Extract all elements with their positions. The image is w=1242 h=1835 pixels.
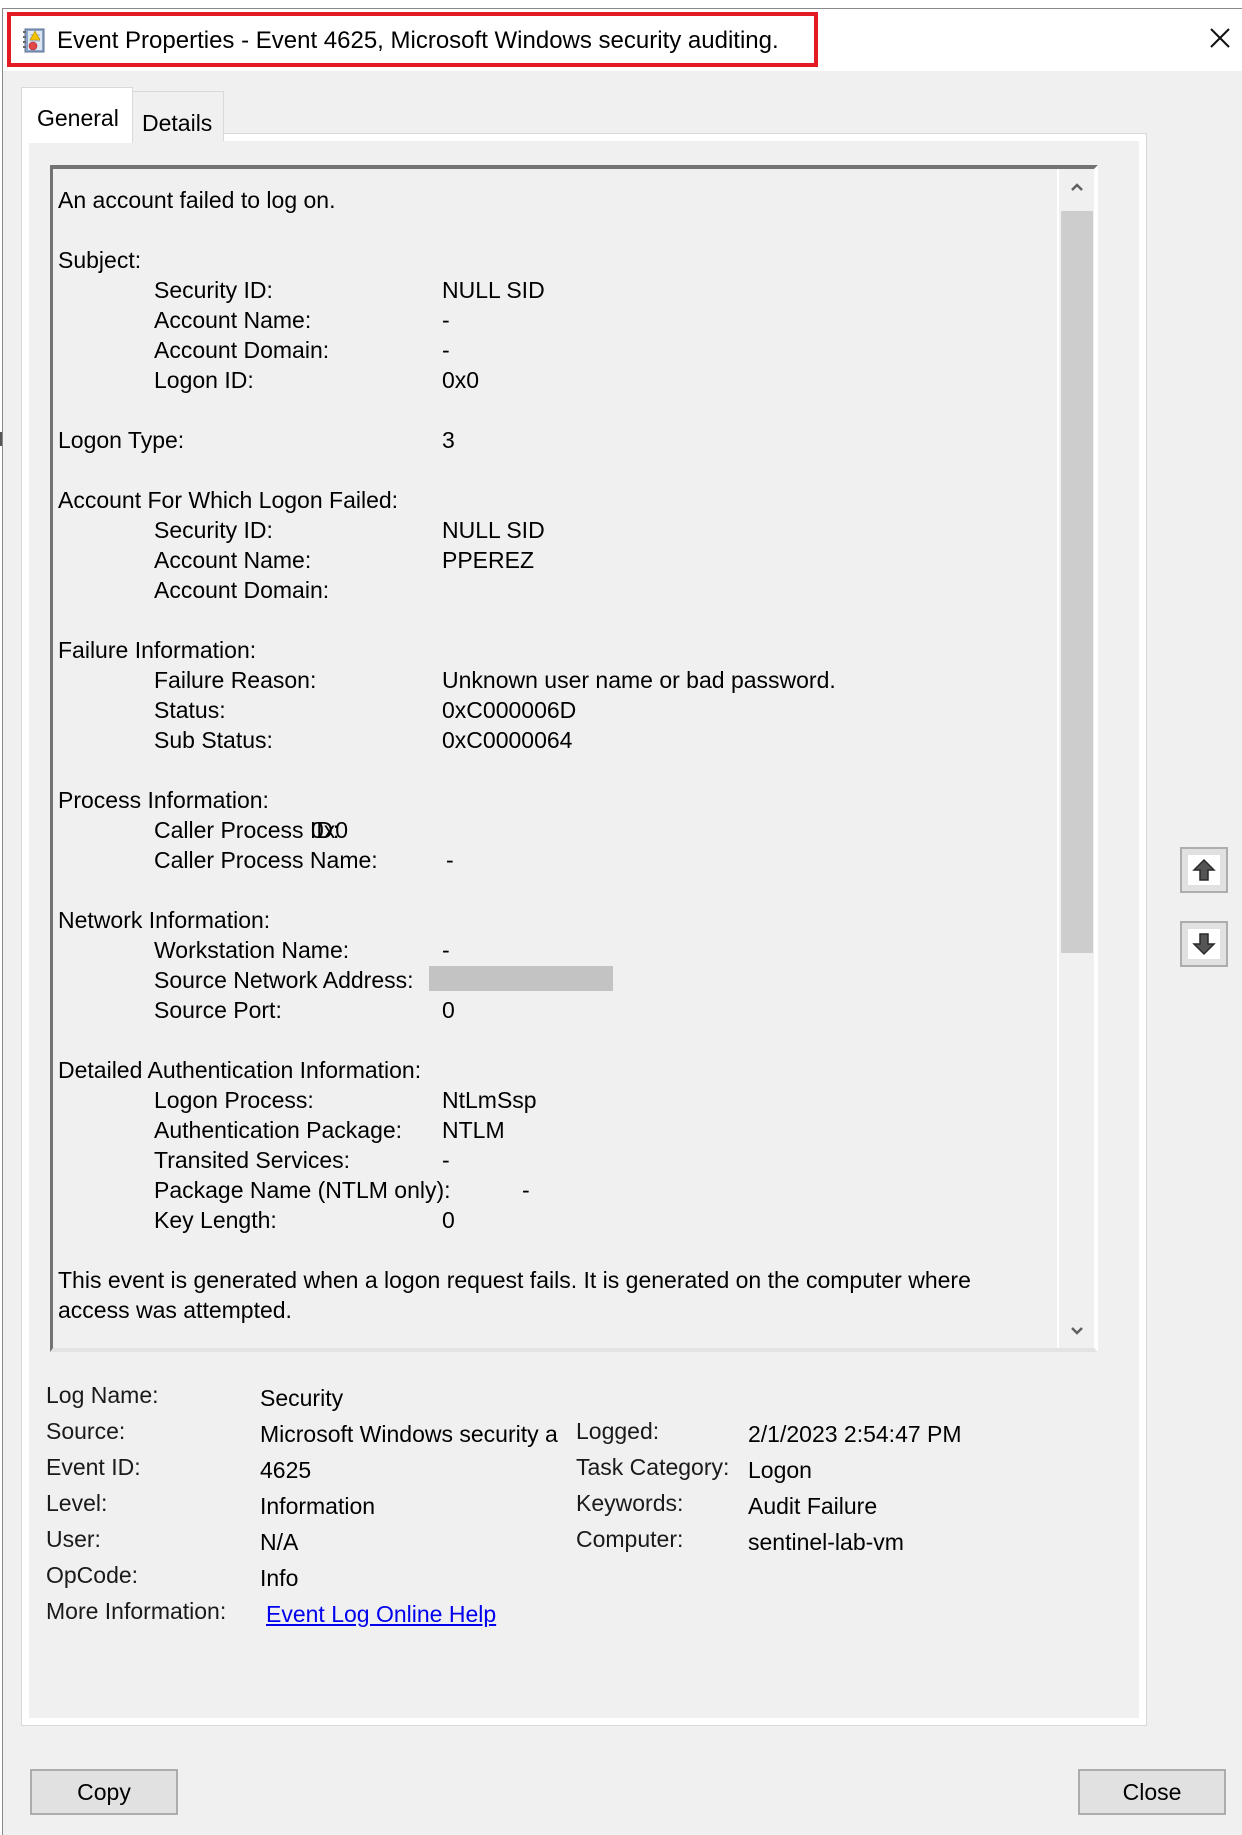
section-heading: Process Information: <box>58 785 1054 815</box>
blank-line <box>58 605 1054 635</box>
blank-line <box>58 455 1054 485</box>
field-label: Account Domain: <box>154 575 329 605</box>
arrow-down-icon <box>1192 932 1216 956</box>
blank-line <box>58 395 1054 425</box>
field-label: Source Network Address: <box>154 965 414 995</box>
metadata-label: User: <box>46 1525 101 1553</box>
metadata-value: Logon <box>748 1456 812 1484</box>
section-heading: Network Information: <box>58 905 1054 935</box>
blank-line <box>58 1235 1054 1265</box>
metadata-value: N/A <box>260 1528 298 1556</box>
metadata-label: Computer: <box>576 1525 683 1553</box>
vertical-scrollbar[interactable] <box>1057 169 1094 1348</box>
field-label: Authentication Package: <box>154 1115 402 1145</box>
field-label: Failure Reason: <box>154 665 316 695</box>
field-label: Account Name: <box>154 545 311 575</box>
field-row: Transited Services:- <box>58 1145 1054 1175</box>
field-label: Sub Status: <box>154 725 273 755</box>
field-row: Logon Process:NtLmSsp <box>58 1085 1054 1115</box>
section-heading: Subject: <box>58 245 1054 275</box>
event-properties-window: Event Properties - Event 4625, Microsoft… <box>2 8 1242 1835</box>
field-value: NtLmSsp <box>442 1085 537 1115</box>
next-event-button[interactable] <box>1180 921 1228 967</box>
field-label: Security ID: <box>154 515 273 545</box>
field-value: - <box>442 935 450 965</box>
field-label: Workstation Name: <box>154 935 349 965</box>
event-description-textbox[interactable]: An account failed to log on. Subject:Sec… <box>50 165 1098 1352</box>
metadata-label: More Information: <box>46 1597 226 1625</box>
field-value: - <box>442 1145 450 1175</box>
field-row: Security ID:NULL SID <box>58 275 1054 305</box>
metadata-value: Info <box>260 1564 298 1592</box>
field-label: Caller Process Name: <box>154 845 378 875</box>
field-row: Workstation Name:- <box>58 935 1054 965</box>
metadata-label: Keywords: <box>576 1489 683 1517</box>
copy-button[interactable]: Copy <box>30 1769 178 1815</box>
blank-line <box>58 755 1054 785</box>
field-label: Account Domain: <box>154 335 329 365</box>
scrollbar-thumb[interactable] <box>1061 211 1093 953</box>
field-value: - <box>522 1175 530 1205</box>
previous-event-button[interactable] <box>1180 847 1228 893</box>
field-value: 0x0 <box>442 365 479 395</box>
field-value: 0 <box>442 995 455 1025</box>
event-log-icon <box>22 28 46 53</box>
chevron-down-icon[interactable] <box>1059 1313 1094 1348</box>
field-value: - <box>442 305 450 335</box>
close-button[interactable]: Close <box>1078 1769 1226 1815</box>
section-heading-label: Detailed Authentication Information: <box>58 1055 421 1085</box>
field-label: Key Length: <box>154 1205 277 1235</box>
section-heading: Failure Information: <box>58 635 1054 665</box>
field-value: - <box>442 335 450 365</box>
redacted-value <box>429 966 613 991</box>
metadata-value: Microsoft Windows security a <box>260 1420 558 1448</box>
tab-details[interactable]: Details <box>132 91 224 141</box>
section-heading-label: Account For Which Logon Failed: <box>58 485 398 515</box>
blank-line <box>58 215 1054 245</box>
field-value: NULL SID <box>442 275 545 305</box>
chevron-up-icon[interactable] <box>1059 169 1094 204</box>
field-row: Key Length:0 <box>58 1205 1054 1235</box>
field-row: Source Network Address: <box>58 965 1054 995</box>
metadata-label: Level: <box>46 1489 107 1517</box>
section-heading: Logon Type:3 <box>58 425 1054 455</box>
field-row: Account Name:PPEREZ <box>58 545 1054 575</box>
section-heading-label: Process Information: <box>58 785 269 815</box>
metadata-value: sentinel-lab-vm <box>748 1528 904 1556</box>
field-label: Account Name: <box>154 305 311 335</box>
field-label: Source Port: <box>154 995 282 1025</box>
field-row: Sub Status:0xC0000064 <box>58 725 1054 755</box>
field-label: Status: <box>154 695 226 725</box>
field-row: Account Name:- <box>58 305 1054 335</box>
field-row: Caller Process Name:- <box>58 845 1054 875</box>
field-row: Caller Process ID:0x0 <box>58 815 1054 845</box>
metadata-label: Task Category: <box>576 1453 729 1481</box>
metadata-label: Log Name: <box>46 1381 159 1409</box>
field-row: Account Domain:- <box>58 335 1054 365</box>
section-heading-label: Failure Information: <box>58 635 256 665</box>
field-row: Source Port:0 <box>58 995 1054 1025</box>
field-label: Security ID: <box>154 275 273 305</box>
field-value: NTLM <box>442 1115 505 1145</box>
section-heading-label: Network Information: <box>58 905 270 935</box>
title-bar[interactable]: Event Properties - Event 4625, Microsoft… <box>3 9 1242 71</box>
section-heading-value: 3 <box>442 425 455 455</box>
metadata-label: Logged: <box>576 1417 659 1445</box>
metadata-label: Source: <box>46 1417 125 1445</box>
tab-general[interactable]: General <box>21 87 133 143</box>
field-value: 0 <box>442 1205 455 1235</box>
field-row: Package Name (NTLM only):- <box>58 1175 1054 1205</box>
field-row: Account Domain: <box>58 575 1054 605</box>
field-value: 0xC0000064 <box>442 725 572 755</box>
field-row: Security ID:NULL SID <box>58 515 1054 545</box>
field-value: 0xC000006D <box>442 695 576 725</box>
metadata-label: Event ID: <box>46 1453 141 1481</box>
metadata-value: Audit Failure <box>748 1492 877 1520</box>
window-title: Event Properties - Event 4625, Microsoft… <box>57 27 779 55</box>
field-row: Authentication Package:NTLM <box>58 1115 1054 1145</box>
field-label: Transited Services: <box>154 1145 350 1175</box>
metadata-label: OpCode: <box>46 1561 138 1589</box>
metadata-value: 2/1/2023 2:54:47 PM <box>748 1420 962 1448</box>
field-row: Failure Reason:Unknown user name or bad … <box>58 665 1054 695</box>
arrow-up-icon <box>1192 858 1216 882</box>
blank-line <box>58 875 1054 905</box>
blank-line <box>58 1025 1054 1055</box>
field-value: NULL SID <box>442 515 545 545</box>
field-label: Logon ID: <box>154 365 254 395</box>
section-heading: Detailed Authentication Information: <box>58 1055 1054 1085</box>
metadata-value: Information <box>260 1492 375 1520</box>
field-value: PPEREZ <box>442 545 534 575</box>
field-value: Unknown user name or bad password. <box>442 665 836 695</box>
field-row: Status:0xC000006D <box>58 695 1054 725</box>
description-intro: An account failed to log on. <box>58 185 1054 215</box>
event-log-online-help-link[interactable]: Event Log Online Help <box>266 1600 496 1628</box>
metadata-value: 4625 <box>260 1456 311 1484</box>
field-label: Logon Process: <box>154 1085 314 1115</box>
field-value: - <box>446 845 454 875</box>
section-heading-label: Subject: <box>58 245 141 275</box>
field-label: Package Name (NTLM only): <box>154 1175 451 1205</box>
close-icon[interactable] <box>1205 23 1235 53</box>
section-heading-label: Logon Type: <box>58 425 184 455</box>
field-value: 0x0 <box>311 815 348 845</box>
field-row: Logon ID:0x0 <box>58 365 1054 395</box>
metadata-value: Security <box>260 1384 343 1412</box>
event-description-content: An account failed to log on. Subject:Sec… <box>58 185 1054 1325</box>
description-footer: This event is generated when a logon req… <box>58 1265 1018 1325</box>
section-heading: Account For Which Logon Failed: <box>58 485 1054 515</box>
